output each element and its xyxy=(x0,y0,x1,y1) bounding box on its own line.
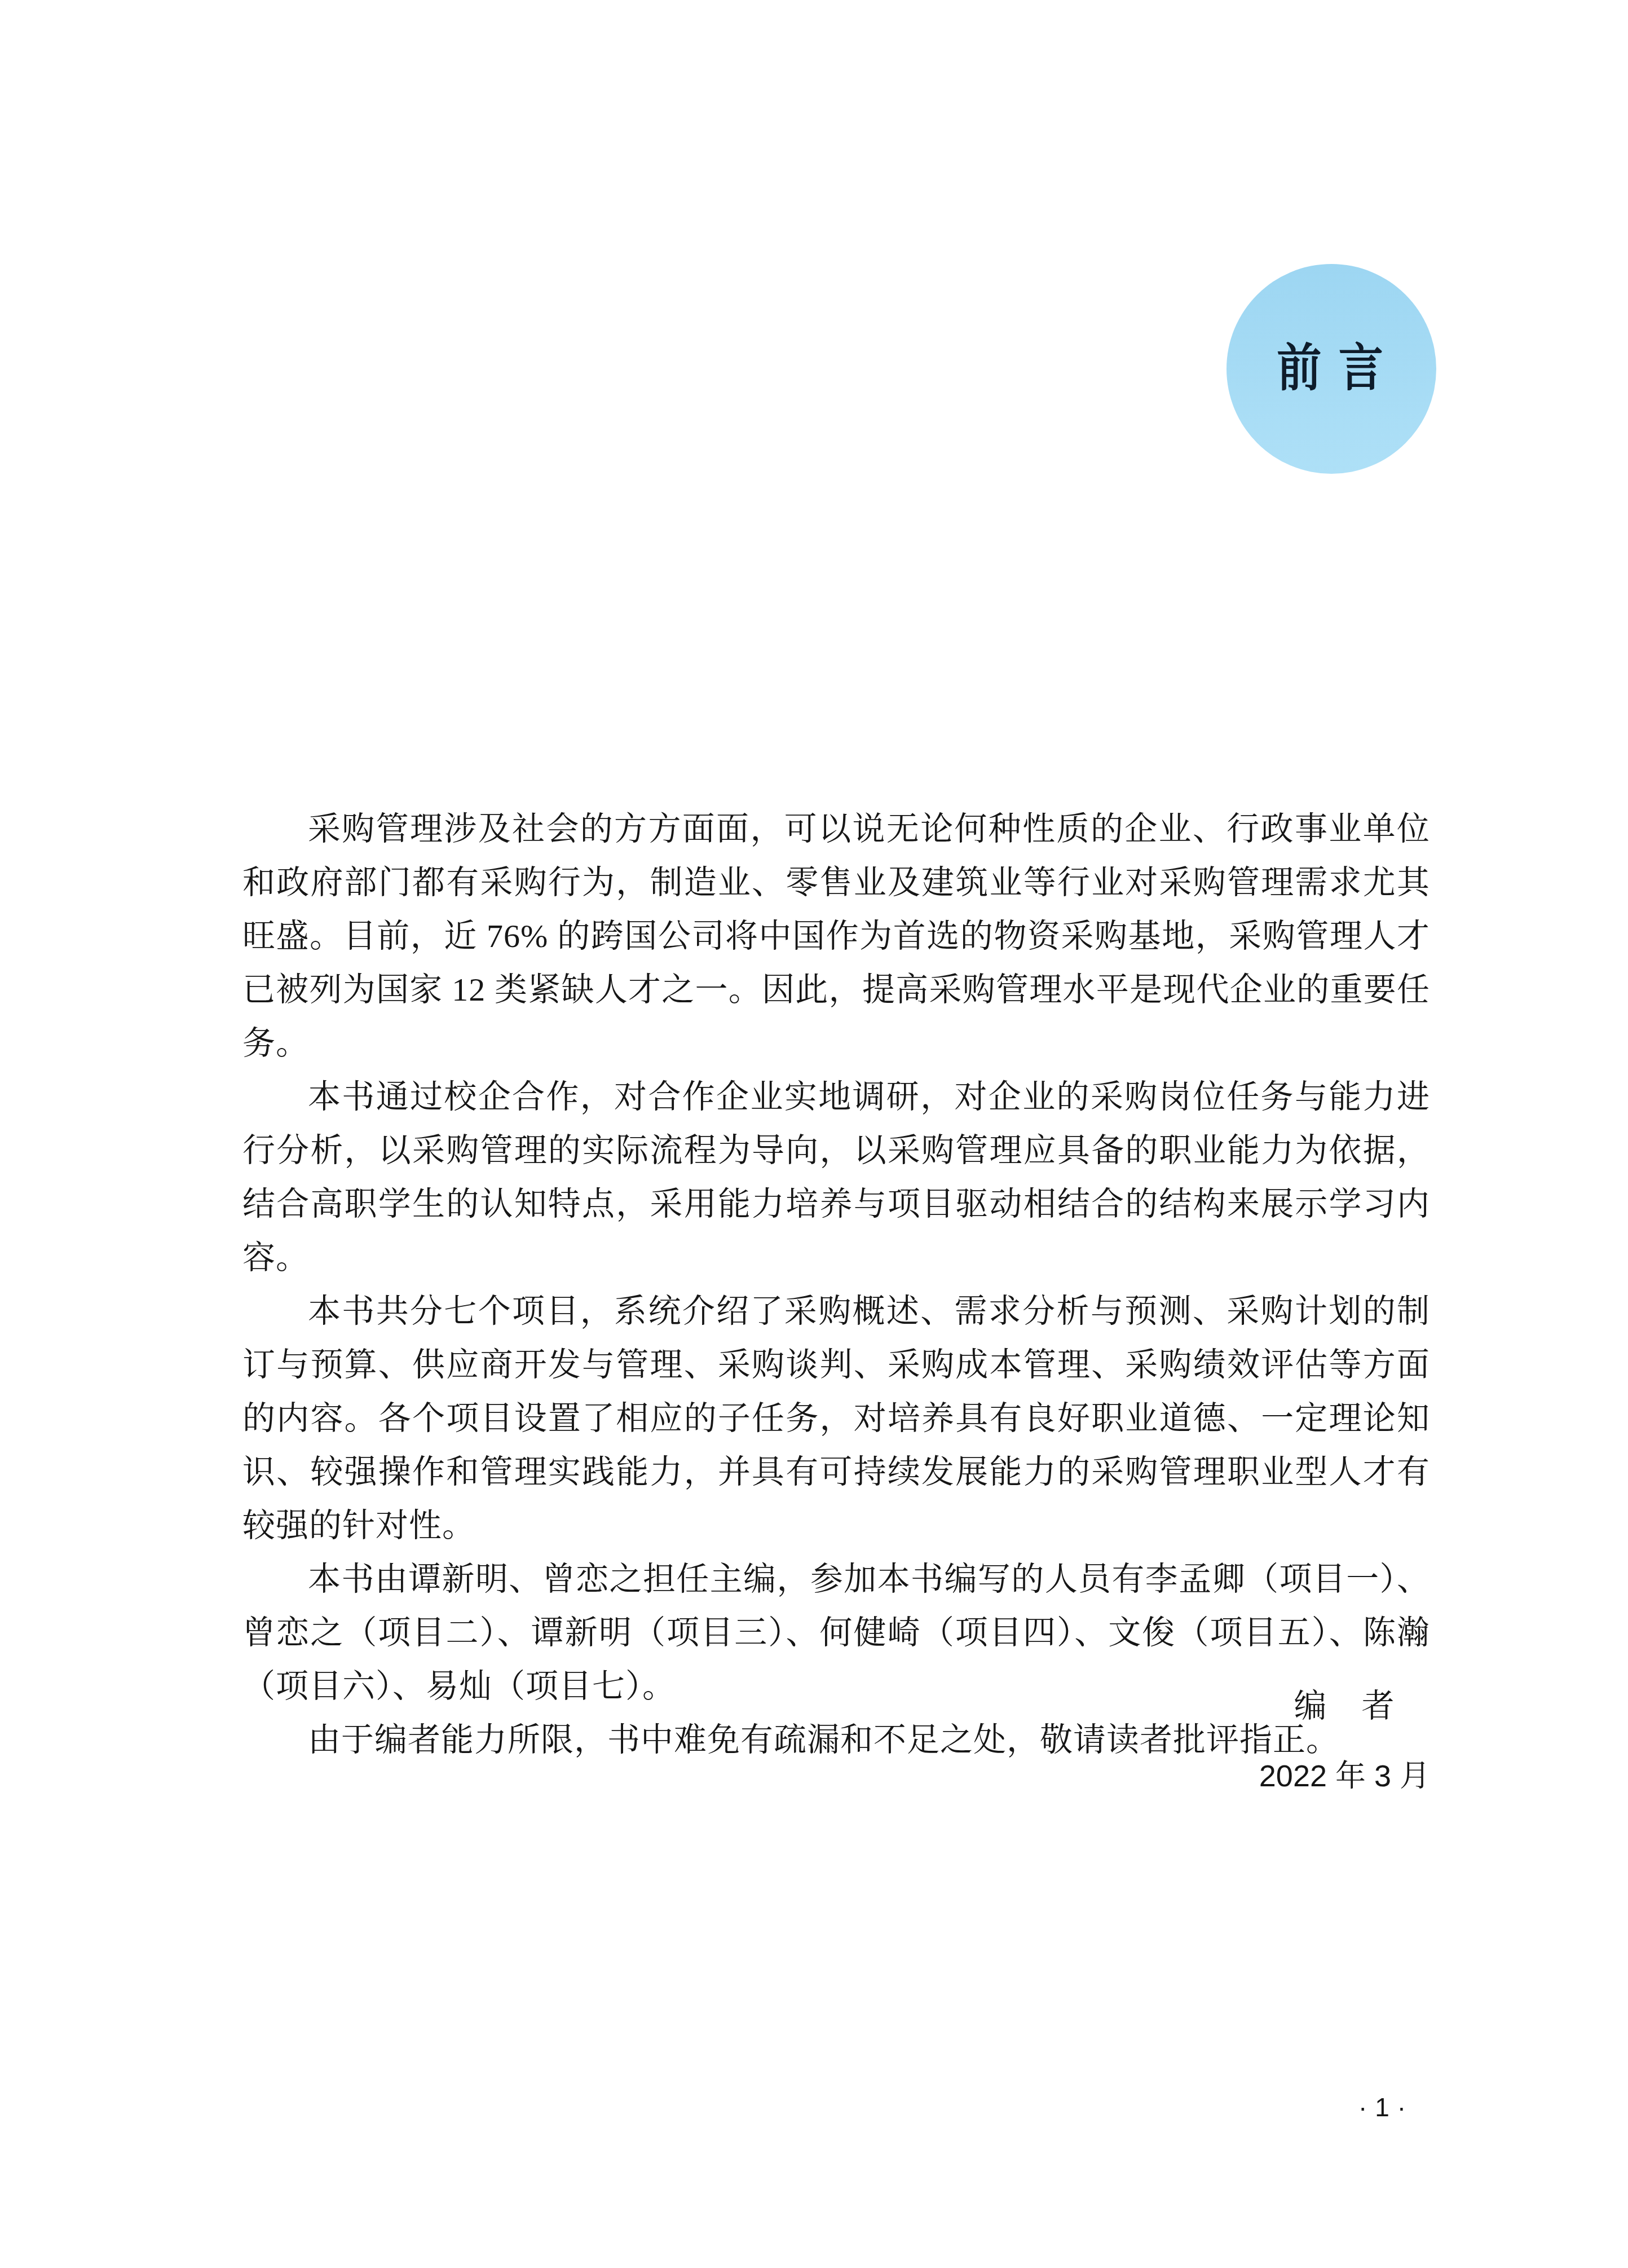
signature-author: 编 者 xyxy=(1259,1671,1430,1741)
paragraph: 本书通过校企合作，对合作企业实地调研，对企业的采购岗位任务与能力进行分析，以采购… xyxy=(242,1070,1430,1284)
preface-page: 前 言 采购管理涉及社会的方方面面，可以说无论何种性质的企业、行政事业单位和政府… xyxy=(0,0,1628,2268)
paragraph: 采购管理涉及社会的方方面面，可以说无论何种性质的企业、行政事业单位和政府部门都有… xyxy=(242,802,1430,1070)
preface-badge: 前 言 xyxy=(1226,264,1436,474)
paragraph: 由于编者能力所限，书中难免有疏漏和不足之处，敬请读者批评指正。 xyxy=(242,1713,1430,1767)
page-number: ·1· xyxy=(1327,2090,1445,2124)
paragraph: 本书共分七个项目，系统介绍了采购概述、需求分析与预测、采购计划的制订与预算、供应… xyxy=(242,1284,1430,1552)
paragraph: 本书由谭新明、曾恋之担任主编，参加本书编写的人员有李孟卿（项目一）、曾恋之（项目… xyxy=(242,1552,1430,1713)
preface-badge-label: 前 言 xyxy=(1277,343,1386,394)
signature-block: 编 者 2022 年 3 月 xyxy=(1259,1671,1430,1812)
preface-body-text: 采购管理涉及社会的方方面面，可以说无论何种性质的企业、行政事业单位和政府部门都有… xyxy=(242,802,1430,1767)
signature-date: 2022 年 3 月 xyxy=(1259,1741,1430,1812)
